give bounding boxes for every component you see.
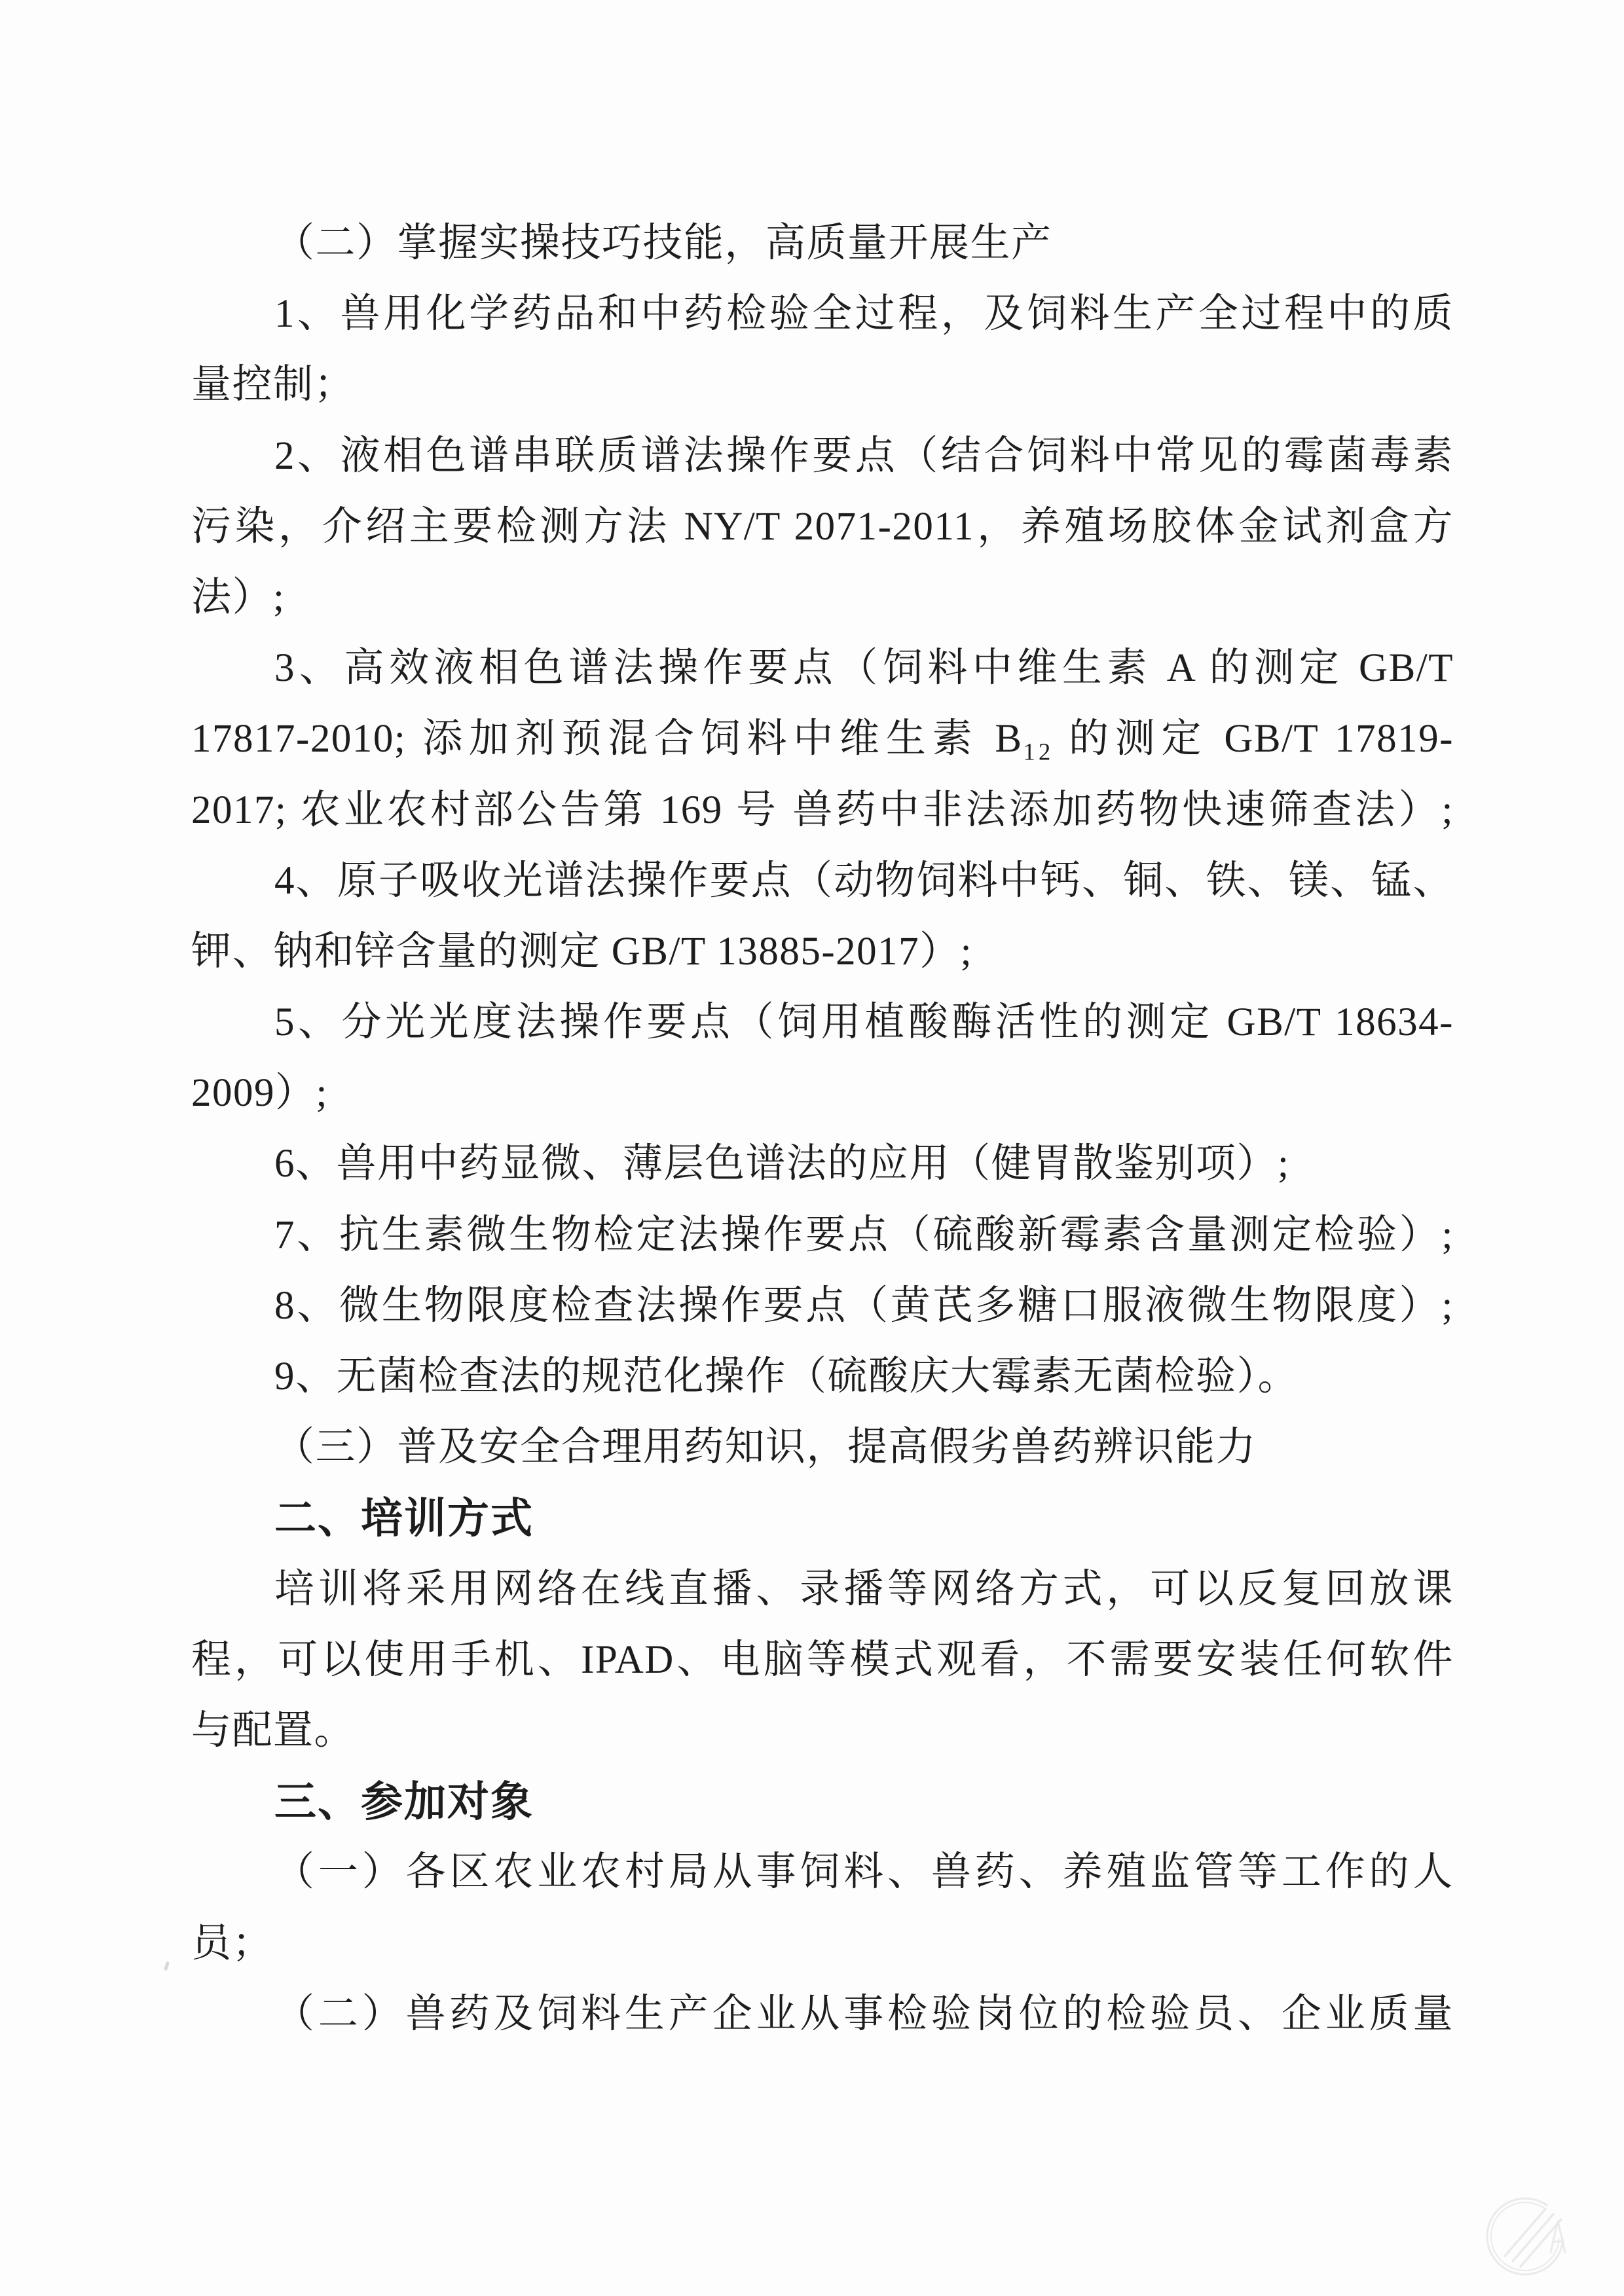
scan-noise-speck <box>164 1961 170 1971</box>
section-heading: 二、培训方式 <box>191 1483 1454 1554</box>
text-line: 量控制； <box>191 350 1454 420</box>
text-line: 员； <box>191 1908 1454 1979</box>
document-text-block: （二）掌握实操技巧技能，高质量开展生产1、兽用化学药品和中药检验全过程，及饲料生… <box>191 208 1454 2050</box>
text-line: 钾、钠和锌含量的测定 GB/T 13885-2017）; <box>191 917 1454 987</box>
text-line: 8、微生物限度检查法操作要点（黄芪多糖口服液微生物限度）; <box>191 1271 1454 1341</box>
scanned-document-page: （二）掌握实操技巧技能，高质量开展生产1、兽用化学药品和中药检验全过程，及饲料生… <box>0 0 1624 2296</box>
text-line: （三）普及安全合理用药知识，提高假劣兽药辨识能力 <box>191 1412 1454 1483</box>
text-line: 4、原子吸收光谱法操作要点（动物饲料中钙、铜、铁、镁、锰、 <box>191 846 1454 917</box>
text-line: （二）兽药及饲料生产企业从事检验岗位的检验员、企业质量 <box>191 1979 1454 2050</box>
text-line: 2017; 农业农村部公告第 169 号 兽药中非法添加药物快速筛查法）; <box>191 775 1454 846</box>
text-line: 1、兽用化学药品和中药检验全过程，及饲料生产全过程中的质 <box>191 279 1454 350</box>
circular-logo-watermark <box>1481 2192 1569 2281</box>
text-line: 与配置。 <box>191 1696 1454 1766</box>
text-line: 7、抗生素微生物检定法操作要点（硫酸新霉素含量测定检验）; <box>191 1200 1454 1271</box>
text-line: 5、分光光度法操作要点（饲用植酸酶活性的测定 GB/T 18634- <box>191 987 1454 1058</box>
text-line: 2009）; <box>191 1058 1454 1129</box>
watermark-stripe <box>1505 2209 1545 2256</box>
text-line: 6、兽用中药显微、薄层色谱法的应用（健胃散鉴别项）; <box>191 1129 1454 1199</box>
text-line: 程，可以使用手机、IPAD、电脑等模式观看，不需要安装任何软件 <box>191 1625 1454 1696</box>
text-line: （一）各区农业农村局从事饲料、兽药、养殖监管等工作的人 <box>191 1837 1454 1908</box>
section-heading: 三、参加对象 <box>191 1766 1454 1837</box>
text-line: 污染，介绍主要检测方法 NY/T 2071-2011，养殖场胶体金试剂盒方 <box>191 492 1454 562</box>
text-line: 2、液相色谱串联质谱法操作要点（结合饲料中常见的霉菌毒素 <box>191 421 1454 492</box>
text-line: 17817-2010; 添加剂预混合饲料中维生素 B₁₂ 的测定 GB/T 17… <box>191 704 1454 774</box>
text-line: 3、高效液相色谱法操作要点（饲料中维生素 A 的测定 GB/T <box>191 633 1454 704</box>
text-line: 9、无菌检查法的规范化操作（硫酸庆大霉素无菌检验）。 <box>191 1341 1454 1412</box>
text-line: 培训将采用网络在线直播、录播等网络方式，可以反复回放课 <box>191 1554 1454 1625</box>
watermark-stripe <box>1513 2214 1553 2261</box>
text-line: （二）掌握实操技巧技能，高质量开展生产 <box>191 208 1454 279</box>
text-line: 法）; <box>191 562 1454 633</box>
